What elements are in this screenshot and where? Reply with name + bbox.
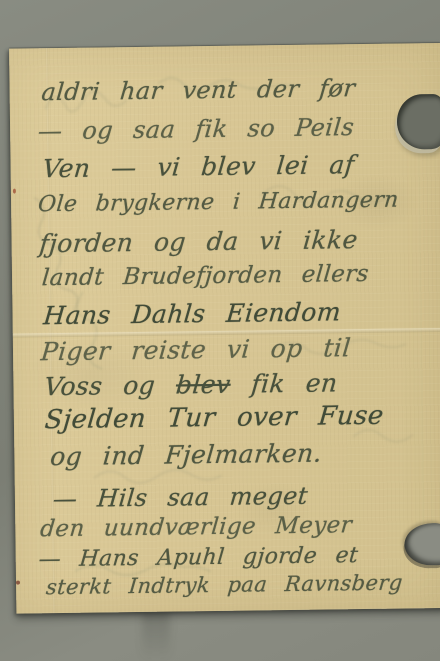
struck-through-word: blev xyxy=(175,370,232,400)
handwriting-line: aldri har vent der før xyxy=(40,74,356,106)
handwriting-line: — Hans Apuhl gjorde et xyxy=(38,543,360,572)
background-shadow-streak xyxy=(142,610,170,661)
handwriting-lines: aldri har vent der før— og saa fik so Pe… xyxy=(9,43,440,614)
red-ink-speck xyxy=(13,189,16,194)
handwriting-line: den uundværlige Meyer xyxy=(39,512,353,542)
dark-speck xyxy=(16,581,20,585)
handwriting-line: Ole brygkerne i Hardangern xyxy=(37,188,400,218)
letter-paper-page: aldri har vent der før— og saa fik so Pe… xyxy=(9,43,440,614)
handwriting-line: fjorden og da vi ikke xyxy=(38,225,359,258)
photograph-of-handwritten-letter: aldri har vent der før— og saa fik so Pe… xyxy=(0,0,440,661)
handwriting-line: og ind Fjelmarken. xyxy=(49,439,323,472)
handwriting-line: Ven — vi blev lei af xyxy=(41,150,356,183)
handwriting-line: landt Brudefjorden ellers xyxy=(41,261,370,291)
handwriting-line: — og saa fik so Peils xyxy=(37,113,356,145)
handwriting-line: Piger reiste vi op til xyxy=(40,333,352,366)
handwriting-line: Sjelden Tur over Fuse xyxy=(44,401,385,435)
handwriting-line: — Hils saa meget xyxy=(52,482,310,513)
handwriting-line: Voss og blev fik en xyxy=(43,368,339,401)
handwriting-line: sterkt Indtryk paa Ravnsberg xyxy=(45,571,404,600)
handwriting-line: Hans Dahls Eiendom xyxy=(42,297,342,330)
